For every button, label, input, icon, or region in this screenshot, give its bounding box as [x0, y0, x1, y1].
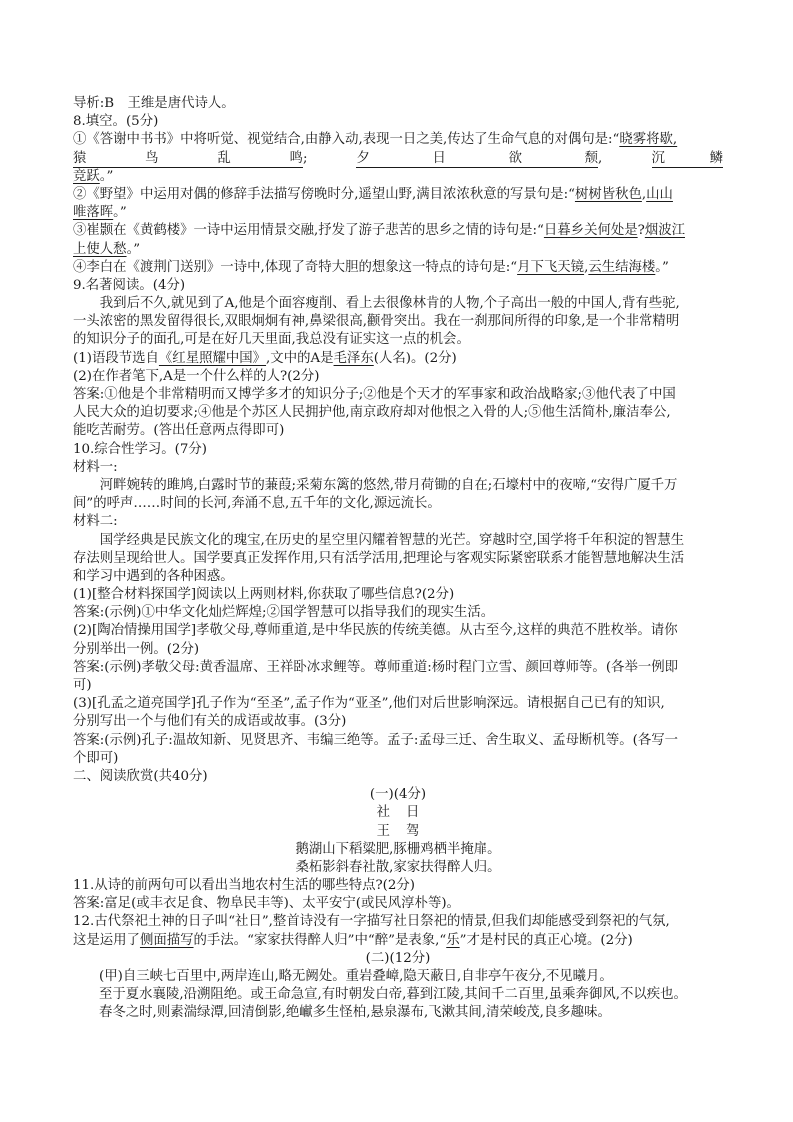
answer-text: 月下飞天镜: [517, 260, 584, 275]
poem-line: 桑柘影斜春社散,家家扶得醉人归。: [73, 859, 723, 877]
char: 鸣: [290, 150, 303, 167]
material2-line: 存法则呈现给世人。国学要真正发挥作用,只有活学活用,把理论与客观实际紧密联系才能…: [73, 550, 723, 568]
answer-text: 竞跃: [73, 169, 100, 184]
jia-passage-line: (甲)自三峡七百里中,两岸连山,略无阙处。重岩叠嶂,隐天蔽日,自非亭午夜分,不见…: [73, 968, 723, 986]
q8-item3: ③崔颢在《黄鹤楼》一诗中运用情景交融,抒发了游子悲苦的思乡之情的诗句是:“日暮乡…: [73, 222, 723, 240]
q9-sub2: (2)在作者笔下,A是一个什么样的人?(2分): [73, 368, 723, 386]
q10-answer3-line: 个即可): [73, 750, 723, 768]
punct: ?: [638, 223, 645, 238]
answer-text: 《红星照耀中国》: [159, 351, 266, 366]
q8-item1-line3: 竞跃。”: [73, 168, 723, 186]
q10-answer3-line: 答案:(示例)孔子:温故知新、见贤思齐、韦编三绝等。孟子:孟母三迁、舍生取义、孟…: [73, 732, 723, 750]
q10-sub3-line: (3)[孔孟之道亮国学]孔子作为“至圣”,孟子作为“亚圣”,他们对后世影响深远。…: [73, 695, 723, 713]
q8-item3-prompt: ③崔颢在《黄鹤楼》一诗中运用情景交融,抒发了游子悲苦的思乡之情的诗句是:“: [73, 223, 544, 238]
quote-end: 。”: [113, 205, 127, 220]
q10-sub3-line: 分别写出一个与他们有关的成语或故事。(3分): [73, 713, 723, 731]
answer-text: 日暮乡关何处是: [544, 223, 638, 238]
answer-text: 树树皆秋色: [575, 187, 642, 202]
poem-author: 王驾: [360, 824, 435, 839]
answer-text: 毛泽东: [334, 351, 374, 366]
char: 颓: [585, 150, 598, 167]
poem-line: 鹅湖山下稻粱肥,豚栅鸡栖半掩扉。: [73, 841, 723, 859]
q9-sub1: (1)语段节选自《红星照耀中国》,文中的A是毛泽东(人名)。(2分): [73, 350, 723, 368]
q11-answer: 答案:富足(或丰衣足食、物阜民丰等)、太平安宁(或民风淳朴等)。: [73, 895, 723, 913]
char: 日: [433, 150, 446, 167]
prompt-text: 的手法。“家家扶得醉人归”中“醉”是表象,“: [194, 933, 447, 948]
char: 欲: [509, 150, 522, 167]
answer-seg-1: 猿 鸟 乱 鸣: [73, 150, 303, 168]
material1-label: 材料一:: [73, 459, 723, 477]
q10-answer2-line: 答案:(示例)孝敬父母:黄香温席、王祥卧冰求鲤等。尊师重道:杨时程门立雪、颜回尊…: [73, 659, 723, 677]
material2-line: 国学经典是民族文化的瑰宝,在历史的星空里闪耀着智慧的光芒。穿越时空,国学将千年积…: [73, 532, 723, 550]
prompt-text: ”才是村民的真正心境。(2分): [460, 933, 633, 948]
document-page: 导析:B 王维是唐代诗人。 8.填空。(5分) ①《答谢中书书》中将听觉、视觉结…: [73, 95, 723, 1023]
answer-text: 山山: [646, 187, 673, 202]
quote-end: 。”: [100, 169, 114, 184]
poem-title: 社日: [360, 805, 435, 820]
q8-item1: ①《答谢中书书》中将听觉、视觉结合,由静入动,表现一日之美,传达了生命气息的对偶…: [73, 131, 723, 149]
q11: 11.从诗的前两句可以看出当地农村生活的哪些特点?(2分): [73, 877, 723, 895]
q9-title: 9.名著阅读。(4分): [73, 277, 723, 295]
part1-heading: (一)(4分): [73, 786, 723, 804]
quote-end: 。”: [127, 242, 141, 257]
q8-item1-prompt: ①《答谢中书书》中将听觉、视觉结合,由静入动,表现一日之美,传达了生命气息的对偶…: [73, 132, 619, 147]
q12-line1: 12.古代祭祀土神的日子叫“社日”,整首诗没有一字描写社日祭祀的情景,但我们却能…: [73, 913, 723, 931]
jia-passage-line: 至于夏水襄陵,沿溯阻绝。或王命急宣,有时朝发白帝,暮到江陵,其间千二百里,虽乘奔…: [73, 986, 723, 1004]
prompt-text: (人名)。(2分): [374, 351, 457, 366]
char: 鸟: [145, 150, 158, 167]
q8-item4: ④李白在《渡荆门送别》一诗中,体现了奇特大胆的想象这一特点的诗句是:“月下飞天镜…: [73, 259, 723, 277]
comma: ,: [598, 150, 612, 168]
q10-title: 10.综合性学习。(7分): [73, 441, 723, 459]
q8-title: 8.填空。(5分): [73, 113, 723, 131]
answer-seg-2: 夕 日 欲 颓: [356, 150, 598, 168]
q10-sub2-line: (2)[陶冶情操用国学]孝敬父母,尊师重道,是中华民族的传统美德。从古至今,这样…: [73, 622, 723, 640]
prompt-text: (1)语段节选自: [73, 351, 159, 366]
poem-title-row: 社日: [73, 804, 723, 822]
answer-text: 唯落晖: [73, 205, 113, 220]
q10-answer1: 答案:(示例)①中华文化灿烂辉煌;②国学智慧可以指导我们的现实生活。: [73, 604, 723, 622]
guide-line: 导析:B 王维是唐代诗人。: [73, 95, 723, 113]
answer-text: 上使人愁: [73, 242, 127, 257]
q8-item4-prompt: ④李白在《渡荆门送别》一诗中,体现了奇特大胆的想象这一特点的诗句是:“: [73, 260, 517, 275]
q8-item1-answer-a: 晓雾将歇,: [619, 132, 677, 147]
q10-sub1: (1)[整合材料探国学]阅读以上两则材料,你获取了哪些信息?(2分): [73, 586, 723, 604]
char: 夕: [356, 150, 369, 167]
answer-text: 云生结海楼: [588, 260, 655, 275]
answer-text: 乐: [446, 933, 459, 948]
char: 猿: [73, 150, 86, 167]
q12-line2: 这是运用了侧面描写的手法。“家家扶得醉人归”中“醉”是表象,“乐”才是村民的真正…: [73, 932, 723, 950]
q8-item3-line2: 上使人愁。”: [73, 241, 723, 259]
char: 乱: [217, 150, 230, 167]
semicolon: ;: [303, 150, 317, 168]
material2-line: 和学习中遇到的各种困惑。: [73, 568, 723, 586]
quote-end: 。”: [655, 260, 669, 275]
poem-author-row: 王驾: [73, 823, 723, 841]
answer-text: 烟波江: [645, 223, 685, 238]
q10-sub2-line: 分别举出一例。(2分): [73, 641, 723, 659]
material2-label: 材料二:: [73, 513, 723, 531]
part2-heading: (二)(12分): [73, 950, 723, 968]
prompt-text: 这是运用了: [73, 933, 140, 948]
char: 沉: [652, 150, 665, 167]
q8-item2: ②《野望》中运用对偶的修辞手法描写傍晚时分,遥望山野,满目浓浓秋意的写景句是:“…: [73, 186, 723, 204]
char: 鳞: [710, 150, 723, 167]
q9-passage-line: 的知识分子的面孔,可是在好几天里面,我总没有证实这一点的机会。: [73, 331, 723, 349]
answer-text: 侧面描写: [140, 933, 194, 948]
q9-answer-line: 答案:①他是个非常精明而又博学多才的知识分子;②他是个天才的军事家和政治战略家;…: [73, 386, 723, 404]
material1-line: 间”的呼声……时间的长河,奔涌不息,五千年的文化,源远流长。: [73, 495, 723, 513]
q8-item2-prompt: ②《野望》中运用对偶的修辞手法描写傍晚时分,遥望山野,满目浓浓秋意的写景句是:“: [73, 187, 575, 202]
answer-seg-3: 沉 鳞: [652, 150, 723, 168]
q9-passage-line: 我到后不久,就见到了A,他是个面容瘦削、看上去很像林肯的人物,个子高出一般的中国…: [73, 295, 723, 313]
q9-passage-line: 一头浓密的黑发留得很长,双眼炯炯有神,鼻梁很高,颧骨突出。我在一刹那间所得的印象…: [73, 313, 723, 331]
q10-answer2-line: 可): [73, 677, 723, 695]
prompt-text: ,文中的A是: [266, 351, 334, 366]
q9-answer-line: 人民大众的迫切要求;④他是个苏区人民拥护他,南京政府却对他恨之入骨的人;⑤他生活…: [73, 404, 723, 422]
q8-item1-answer-line: 猿 鸟 乱 鸣 ; 夕 日 欲 颓 , 沉 鳞: [73, 150, 723, 168]
jia-passage-line: 春冬之时,则素湍绿潭,回清倒影,绝𪩘多生怪柏,悬泉瀑布,飞漱其间,清荣峻茂,良多…: [73, 1004, 723, 1022]
section2-title: 二、阅读欣赏(共40分): [73, 768, 723, 786]
q9-answer-line: 能吃苦耐劳。(答出任意两点得即可): [73, 422, 723, 440]
material1-line: 河畔婉转的雎鸠,白露时节的蒹葭;采菊东篱的悠然,带月荷锄的自在;石壕村中的夜啼,…: [73, 477, 723, 495]
q8-item2-line2: 唯落晖。”: [73, 204, 723, 222]
